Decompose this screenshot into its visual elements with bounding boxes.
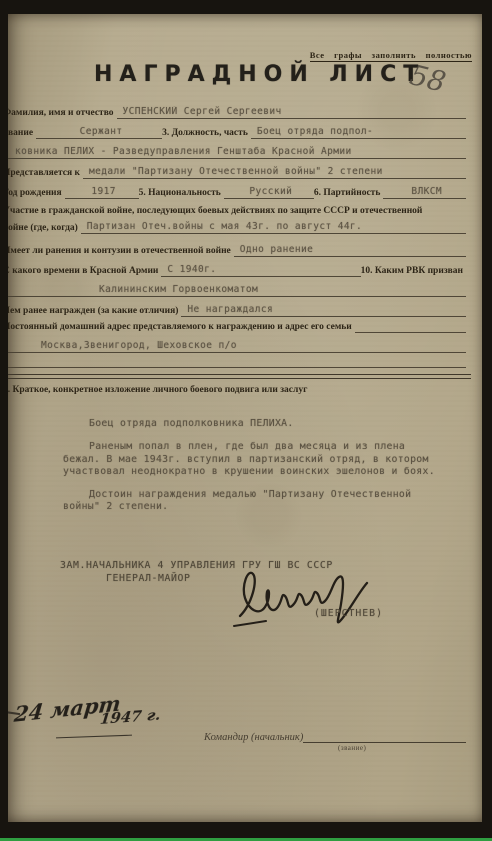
party-label: 6. Партийность	[314, 188, 384, 199]
fill-all-fields-note: Все графы заполнить полностью	[310, 50, 472, 62]
submitted-label: Представляется к	[8, 168, 83, 179]
address-label: Постоянный домашний адрес представляемог…	[8, 322, 355, 333]
row-war-participation-value: войне (где, когда) Партизан Отеч.войны с…	[8, 221, 466, 234]
row-previous-awards: Чем ранее награжден (за какие отличия) Н…	[8, 304, 466, 317]
war-participation-value: Партизан Отеч.войны с мая 43г. по август…	[81, 221, 466, 234]
commander-signature-line	[303, 730, 466, 743]
row-birth-nationality-party: Год рождения 1917 5. Национальность Русс…	[8, 186, 466, 199]
submitted-value: медали "Партизану Отечественной войны" 2…	[83, 166, 466, 179]
rvk-label: 10. Каким РВК призван	[361, 266, 466, 277]
row-service-since: С какого времени в Красной Армии С 1940г…	[8, 264, 466, 277]
row-submitted-for: Представляется к медали "Партизану Отече…	[8, 166, 466, 179]
handwritten-signature	[230, 562, 380, 634]
section-heading: 1. Краткое, конкретное изложение личного…	[8, 385, 471, 395]
rank-hint-label: (звание)	[338, 744, 366, 752]
position-value: Боец отряда подпол-	[251, 126, 466, 139]
rank-label: Звание	[8, 128, 36, 139]
paper-page: Все графы заполнить полностью НАГРАДНОЙ …	[8, 14, 482, 822]
double-rule-divider	[8, 374, 471, 379]
row-name: Фамилия, имя и отчество УСПЕНСКИЙ Сергей…	[8, 106, 466, 119]
party-value: ВЛКСМ	[383, 186, 466, 199]
row-rvk-value: Калининским Горвоенкоматом	[8, 284, 466, 297]
war-participation-label-line2: войне (где, когда)	[8, 223, 81, 234]
commander-line: Командир (начальник)	[204, 730, 466, 743]
address-value: Москва,Звенигород, Шеховское п/о	[8, 340, 466, 353]
citation-paragraph-3: Достоин награждения медалью "Партизану О…	[63, 489, 441, 514]
birth-year-label: Год рождения	[8, 188, 65, 199]
birth-year-value: 1917	[65, 186, 139, 199]
handwritten-page-number: 58	[407, 58, 450, 99]
handwritten-year-note: 1947 г.	[99, 706, 161, 728]
citation-paragraph-2: Раненым попал в плен, где был два месяца…	[63, 441, 441, 478]
address-label-fill	[355, 331, 466, 333]
citation-paragraph-1: Боец отряда подполковника ПЕЛИХА.	[63, 418, 441, 430]
rank-value: Сержант	[36, 126, 162, 139]
row-rank-position: Звание Сержант 3. Должность, часть Боец …	[8, 126, 466, 139]
row-blank-underline	[8, 356, 466, 368]
row-address-label: Постоянный домашний адрес представляемог…	[8, 322, 466, 333]
citation-text: Боец отряда подполковника ПЕЛИХА. Ранены…	[63, 418, 441, 525]
wounds-label: Имеет ли ранения и контузии в отечествен…	[8, 246, 234, 257]
row-wounds: Имеет ли ранения и контузии в отечествен…	[8, 244, 466, 257]
row-position-cont: ковника ПЕЛИХ - Разведуправления Генштаб…	[8, 146, 466, 159]
previous-awards-label: Чем ранее награжден (за какие отличия)	[8, 306, 181, 317]
row-address-value: Москва,Звенигород, Шеховское п/о	[8, 340, 466, 353]
name-value: УСПЕНСКИЙ Сергей Сергеевич	[117, 106, 466, 119]
nationality-value: Русский	[224, 186, 314, 199]
position-label: 3. Должность, часть	[162, 128, 251, 139]
commander-label: Командир (начальник)	[204, 732, 303, 743]
signature-surname: (ШЕРСТНЕВ)	[314, 608, 383, 619]
signature-title-line2: ГЕНЕРАЛ-МАЙОР	[106, 573, 190, 584]
document-title: НАГРАДНОЙ ЛИСТ	[94, 62, 425, 87]
wounds-value: Одно ранение	[234, 244, 466, 257]
war-participation-label-line1: Участие в гражданской войне, последующих…	[8, 206, 425, 217]
position-value-continued: ковника ПЕЛИХ - Разведуправления Генштаб…	[8, 146, 466, 159]
rvk-value: Калининским Горвоенкоматом	[8, 284, 466, 297]
service-since-label: С какого времени в Красной Армии	[8, 266, 161, 277]
name-label: Фамилия, имя и отчество	[8, 108, 117, 119]
blank-underline	[8, 356, 466, 368]
handwritten-underline	[56, 735, 132, 739]
nationality-label: 5. Национальность	[139, 188, 224, 199]
previous-awards-value: Не награждался	[181, 304, 466, 317]
row-war-participation-label: Участие в гражданской войне, последующих…	[8, 206, 466, 217]
service-since-value: С 1940г.	[161, 264, 360, 277]
scanned-award-sheet: Все графы заполнить полностью НАГРАДНОЙ …	[0, 0, 492, 841]
